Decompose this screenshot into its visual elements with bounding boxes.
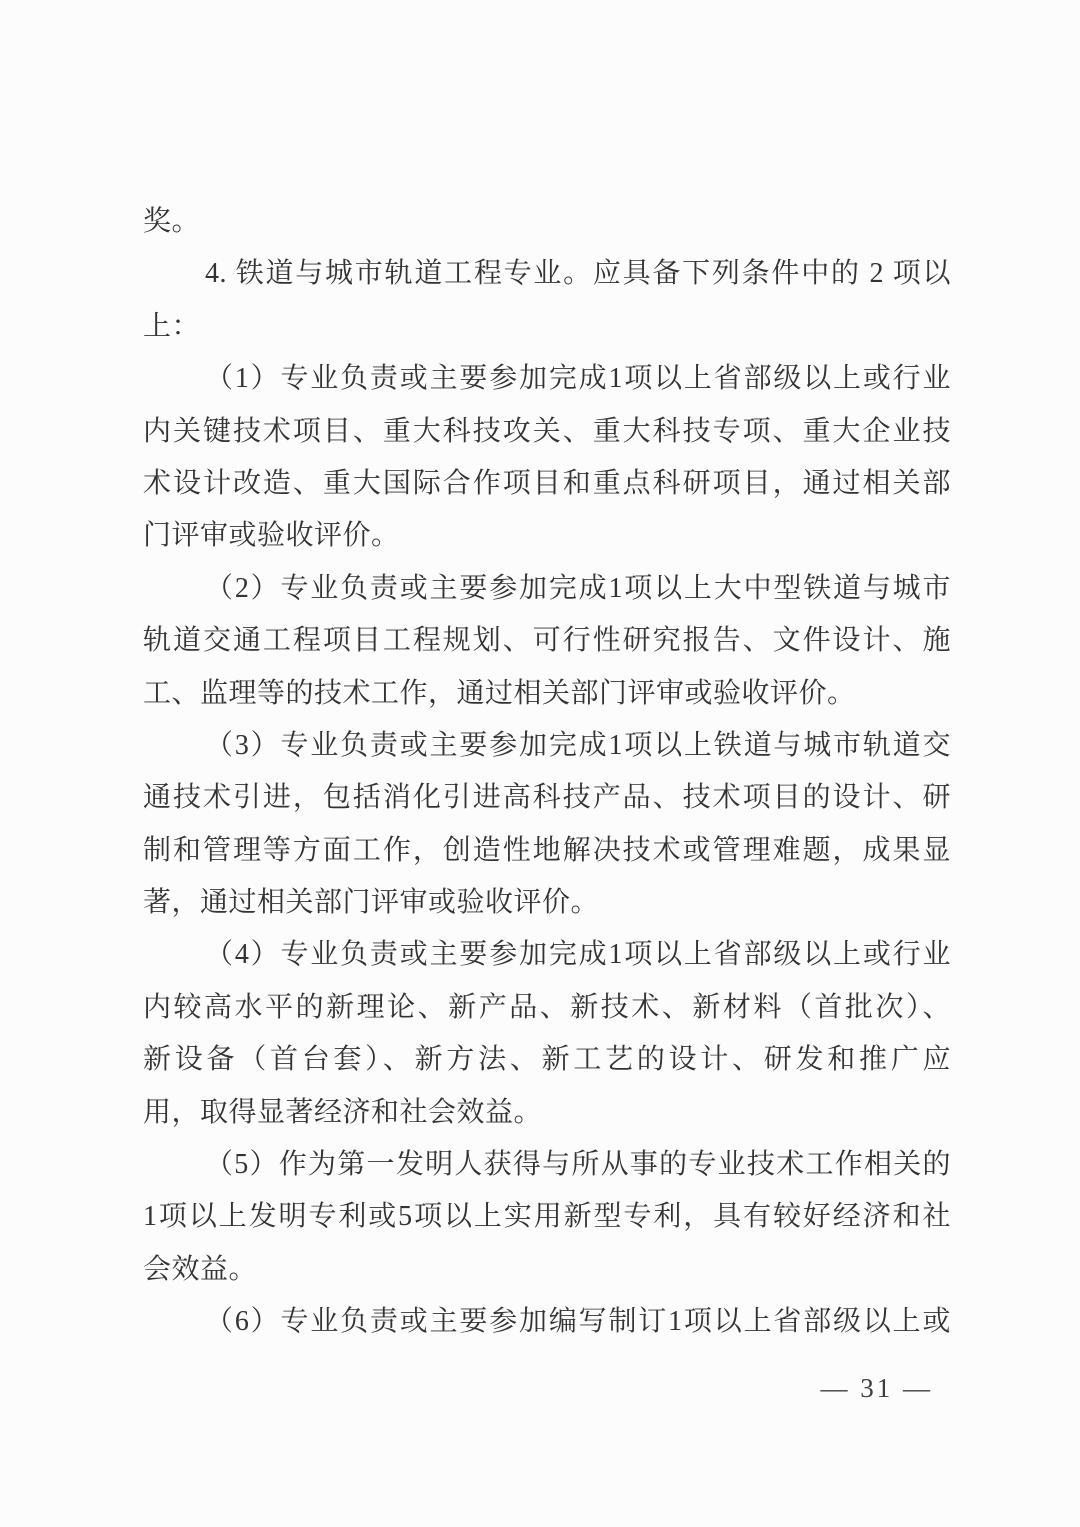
text-line: （1）专业负责或主要参加完成1项以上省部级以上或行业: [143, 353, 951, 405]
text-line: （3）专业负责或主要参加完成1项以上铁道与城市轨道交: [143, 720, 951, 772]
text-line: 著，通过相关部门评审或验收评价。: [143, 877, 951, 929]
text-line: 术设计改造、重大国际合作项目和重点科研项目，通过相关部: [143, 458, 951, 510]
text-line: （6）专业负责或主要参加编写制订1项以上省部级以上或: [143, 1296, 951, 1348]
document-body: 奖。4. 铁道与城市轨道工程专业。应具备下列条件中的 2 项以上：（1）专业负责…: [143, 196, 951, 1349]
text-line: 奖。: [143, 196, 951, 248]
text-line: 新设备（首台套）、新方法、新工艺的设计、研发和推广应: [143, 1034, 951, 1086]
text-line: 1项以上发明专利或5项以上实用新型专利，具有较好经济和社: [143, 1191, 951, 1243]
text-line: 会效益。: [143, 1244, 951, 1296]
text-line: 工、监理等的技术工作，通过相关部门评审或验收评价。: [143, 668, 951, 720]
text-line: （4）专业负责或主要参加完成1项以上省部级以上或行业: [143, 929, 951, 981]
document-page: 奖。4. 铁道与城市轨道工程专业。应具备下列条件中的 2 项以上：（1）专业负责…: [0, 0, 1080, 1527]
text-line: 4. 铁道与城市轨道工程专业。应具备下列条件中的 2 项以: [143, 248, 951, 300]
text-line: （2）专业负责或主要参加完成1项以上大中型铁道与城市: [143, 563, 951, 615]
text-line: 门评审或验收评价。: [143, 510, 951, 562]
text-line: 上：: [143, 301, 951, 353]
text-line: 制和管理等方面工作，创造性地解决技术或管理难题，成果显: [143, 825, 951, 877]
text-line: 轨道交通工程项目工程规划、可行性研究报告、文件设计、施: [143, 615, 951, 667]
text-line: （5）作为第一发明人获得与所从事的专业技术工作相关的: [143, 1139, 951, 1191]
text-line: 内较高水平的新理论、新产品、新技术、新材料（首批次）、: [143, 982, 951, 1034]
text-line: 用，取得显著经济和社会效益。: [143, 1087, 951, 1139]
text-line: 通技术引进，包括消化引进高科技产品、技术项目的设计、研: [143, 772, 951, 824]
page-number: — 31 —: [821, 1362, 934, 1414]
text-line: 内关键技术项目、重大科技攻关、重大科技专项、重大企业技: [143, 406, 951, 458]
